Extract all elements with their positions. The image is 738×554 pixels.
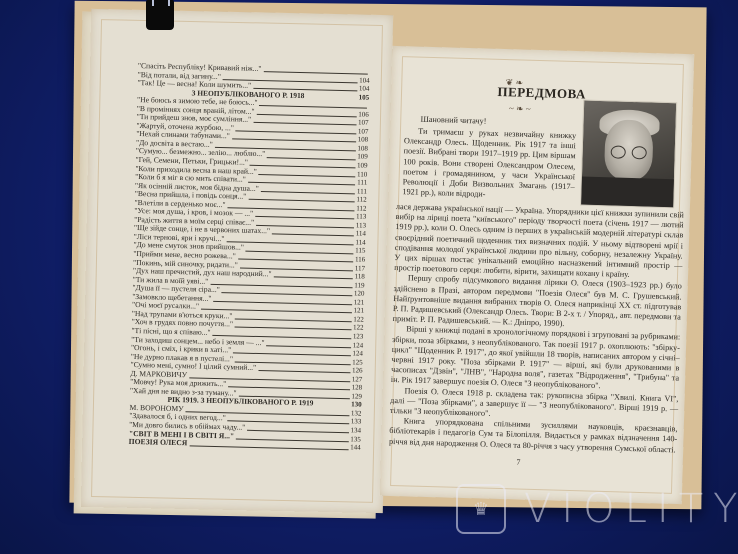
toc-page-number: 121 <box>354 298 365 307</box>
greeting: Шановний читачу! <box>420 115 486 127</box>
toc-page-number: 135 <box>350 435 361 444</box>
toc-page-number: 111 <box>357 179 367 188</box>
preface-paragraph-1: Ти тримаєш у руках незвичайну книжку Оле… <box>402 126 576 202</box>
toc-page-number: 124 <box>352 349 363 358</box>
toc-page-number: 119 <box>354 281 364 290</box>
watermark-text: VIOLITY <box>524 486 738 532</box>
toc-page-number: 114 <box>355 238 365 247</box>
toc-page-number: 104 <box>359 85 370 94</box>
binder-clip-icon <box>146 0 174 30</box>
toc-page-number: 122 <box>353 315 364 324</box>
toc-page-number: 144 <box>350 443 361 452</box>
toc-page-number: 125 <box>352 358 363 367</box>
crown-icon: ♛ <box>456 484 506 534</box>
toc-page-number: 124 <box>353 341 364 350</box>
preface-paragraph-3: Першу спробу підсумкового видання лірики… <box>393 273 682 333</box>
toc-page-number: 110 <box>357 170 367 179</box>
glasses-icon <box>611 145 647 158</box>
toc-page-number: 127 <box>352 375 363 384</box>
page-number: 7 <box>516 458 520 468</box>
toc-page-number: 129 <box>351 392 362 401</box>
preface-body: лася держава української нації — Україна… <box>389 202 684 455</box>
toc-page-number: 106 <box>358 110 369 119</box>
toc-page-number: 118 <box>354 272 364 281</box>
toc-page-number: 112 <box>356 204 366 213</box>
toc-bold-entry: ПОЕЗІЯ ОЛЕСЯ <box>129 438 188 448</box>
toc-page-number: 116 <box>355 255 365 264</box>
toc-page-number: 113 <box>356 221 366 230</box>
toc-page-number: 107 <box>358 119 369 128</box>
preface-paragraph-4: Вірші у книжці подані в хронологічному п… <box>391 324 681 394</box>
ornament-bottom-icon: ~ ❧ ~ <box>509 103 531 114</box>
preface-paragraph-2: лася держава української нації — Україна… <box>394 202 684 282</box>
toc-page-number: 107 <box>358 127 369 136</box>
toc-page-number: 121 <box>353 307 364 316</box>
table-of-contents: "Спасіть Республіку! Кривавий ніж...""Ві… <box>129 62 370 452</box>
toc-page-number: 123 <box>353 332 364 341</box>
violity-watermark: ♛ VIOLITY <box>456 484 738 534</box>
toc-page-number: 120 <box>354 290 365 299</box>
toc-page-number: 109 <box>357 161 368 170</box>
toc-page-number: 108 <box>357 144 368 153</box>
toc-page-number: 114 <box>356 230 366 239</box>
toc-page-number: 109 <box>357 153 368 162</box>
toc-page-number: 104 <box>359 76 370 85</box>
toc-page-number: 117 <box>355 264 365 273</box>
toc-page-number: 108 <box>358 136 369 145</box>
toc-page-number: 105 <box>359 93 370 102</box>
toc-page-number: 113 <box>356 213 366 222</box>
toc-page-number: 115 <box>355 247 365 256</box>
author-portrait <box>580 100 677 209</box>
toc-page-number: 111 <box>357 187 367 196</box>
toc-page-number: 133 <box>351 418 362 427</box>
toc-page-number: 126 <box>352 366 363 375</box>
toc-page-number: 122 <box>353 324 364 333</box>
toc-page-number: 134 <box>350 426 361 435</box>
portrait-coat <box>581 177 674 208</box>
toc-page-number: 112 <box>356 196 366 205</box>
toc-page-number: 128 <box>351 384 362 393</box>
toc-page-number: 132 <box>351 409 362 418</box>
toc-page-number: 130 <box>351 401 362 410</box>
preface-title: ПЕРЕДМОВА <box>497 87 586 100</box>
